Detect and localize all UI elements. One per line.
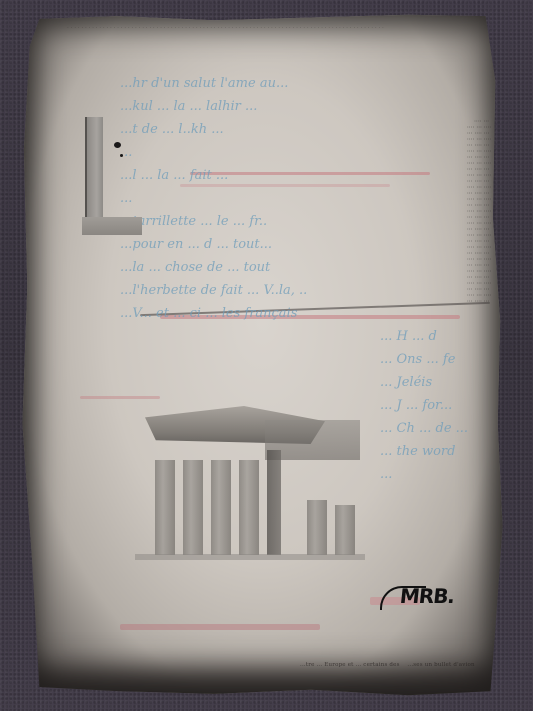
pink-streak	[120, 624, 320, 630]
building-base	[135, 554, 365, 560]
columned-building-sketch	[135, 400, 365, 560]
ink-spot	[114, 142, 121, 148]
building-column	[307, 500, 327, 555]
l-shaped-strip-vertical	[85, 117, 103, 232]
newsprint-top: . . . . . . . . . . . . . . . . . . . . …	[60, 18, 480, 32]
l-shaped-strip-horizontal	[82, 217, 142, 235]
building-column	[155, 460, 175, 555]
building-column	[211, 460, 231, 555]
artwork-paper: . . . . . . . . . . . . . . . . . . . . …	[20, 12, 505, 698]
newsprint-bottom: ...tre ... Europe et ... certains des ..…	[300, 650, 490, 676]
building-column	[183, 460, 203, 555]
building-column	[267, 450, 281, 555]
ink-spot	[120, 154, 123, 157]
artist-signature: MRB.	[380, 582, 490, 622]
building-column	[335, 505, 355, 555]
building-column	[239, 460, 259, 555]
